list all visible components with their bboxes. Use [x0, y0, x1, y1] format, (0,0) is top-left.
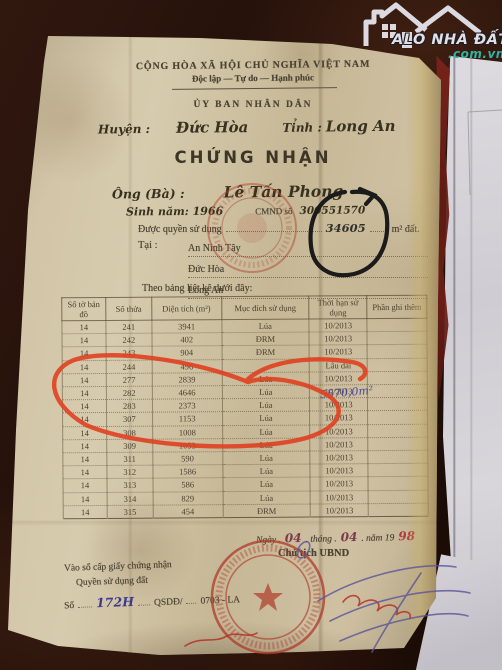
- table-cell: Lúa: [222, 425, 310, 439]
- table-header-row: Số tờ bản đồ Số thửa Diện tích (m²) Mục …: [62, 295, 427, 321]
- table-cell: 829: [153, 491, 223, 505]
- table-cell: 2839: [152, 372, 222, 386]
- table-cell: 14: [63, 413, 107, 427]
- table-cell: 10/2013: [310, 451, 368, 465]
- table-cell: 14: [63, 492, 107, 506]
- owner-name: Lê Tấn Phong: [223, 181, 343, 201]
- table-cell: 14: [63, 479, 107, 493]
- table-cell: 282: [106, 386, 152, 400]
- table-cell: Lúa: [223, 491, 311, 505]
- table-cell: 586: [153, 478, 223, 492]
- table-cell: 315: [107, 505, 153, 519]
- table-cell: [367, 384, 427, 398]
- table-cell: [368, 437, 428, 451]
- table-cell: [368, 503, 428, 517]
- at-label: Tại :: [138, 240, 158, 251]
- table-cell: Lúa: [222, 464, 310, 478]
- table-cell: 243: [106, 347, 152, 361]
- table-cell: Lúa: [223, 477, 311, 491]
- table-cell: 10/2013: [310, 411, 368, 425]
- register-qsdd: QSDĐ/: [154, 597, 183, 608]
- dotted-line: [370, 222, 388, 232]
- table-cell: 496: [152, 359, 222, 373]
- table-cell: [368, 397, 428, 411]
- land-parcel-table: Số tờ bản đồ Số thửa Diện tích (m²) Mục …: [61, 295, 429, 520]
- table-cell: ĐRM: [222, 345, 310, 359]
- table-cell: 308: [107, 426, 153, 440]
- table-cell: 454: [153, 505, 223, 519]
- table-cell: 14: [62, 386, 106, 400]
- table-cell: Lúa: [221, 319, 309, 333]
- issuer-line: ỦY BAN NHÂN DÂN: [88, 100, 418, 110]
- table-cell: [368, 450, 428, 464]
- table-cell: [222, 359, 310, 373]
- register-number: 172H: [96, 594, 134, 610]
- table-cell: 14: [63, 426, 107, 440]
- alo-nha-dat-logo: ALO NHÀ ĐẤT .com.vn: [360, 0, 502, 66]
- table-cell: 1053: [152, 438, 222, 452]
- table-cell: 10/2013: [310, 490, 368, 504]
- table-cell: 14: [63, 505, 107, 519]
- table-cell: [368, 463, 428, 477]
- table-cell: 10/2013: [310, 464, 368, 478]
- birth-year: Sinh năm: 1966: [126, 205, 223, 219]
- table-cell: ĐRM: [222, 332, 310, 346]
- id-number: 300551570: [299, 204, 365, 217]
- table-cell: 10/2013: [309, 332, 367, 346]
- dotted-line: [138, 595, 150, 605]
- table-cell: 3941: [152, 320, 222, 334]
- table-cell: 14: [62, 373, 106, 387]
- area-value: 34605: [326, 221, 366, 235]
- table-cell: 10/2013: [310, 437, 368, 451]
- table-cell: 1153: [152, 412, 222, 426]
- location-district: Đức Hòa: [188, 264, 224, 275]
- dotted-line: [226, 222, 322, 232]
- location-commune: An Ninh Tây: [188, 243, 241, 254]
- col-plot-number: Số thửa: [106, 297, 152, 320]
- chairman-title: Chủ tịch UBND: [278, 548, 349, 559]
- table-cell: 590: [153, 452, 223, 466]
- table-cell: Lúa: [222, 438, 310, 452]
- table-cell: 311: [107, 452, 153, 466]
- dotted-line: [78, 597, 92, 607]
- table-cell: [367, 345, 427, 359]
- table-cell: [367, 318, 427, 332]
- table-cell: 283: [106, 399, 152, 413]
- table-cell: Lúa: [222, 398, 310, 412]
- province-label: Tỉnh :: [282, 120, 322, 134]
- table-cell: 10/2013: [309, 345, 367, 359]
- district-value: Đức Hòa: [176, 118, 248, 137]
- date-month-word: . tháng .: [305, 534, 336, 545]
- photo-scene: CỘNG HÒA XÃ HỘI CHỦ NGHĨA VIỆT NAM Độc l…: [0, 0, 502, 670]
- table-cell: 14: [63, 466, 107, 480]
- id-label: CMND số: [255, 206, 292, 216]
- col-purpose: Mục đích sử dụng: [221, 296, 309, 320]
- date-day: 04: [285, 531, 302, 545]
- national-motto-line2: Độc lập — Tự do — Hạnh phúc: [88, 71, 418, 84]
- col-notes: Phần ghi thêm: [367, 295, 427, 318]
- col-area: Diện tích (m²): [151, 297, 221, 320]
- table-row: 14315454ĐRM10/2013: [63, 503, 428, 519]
- table-cell: 313: [107, 479, 153, 493]
- table-cell: 2373: [152, 399, 222, 413]
- table-cell: [367, 358, 427, 372]
- land-table-body: 142413941Lúa10/201314242402ĐRM10/2013142…: [62, 318, 428, 519]
- dotted-line: [186, 594, 196, 604]
- table-cell: 14: [62, 400, 106, 414]
- table-cell: 4646: [152, 386, 222, 400]
- table-cell: 277: [106, 373, 152, 387]
- table-cell: 1008: [152, 425, 222, 439]
- table-cell: 10/2013: [310, 503, 368, 517]
- register-suffix: 0703 - LA: [200, 595, 240, 606]
- date-month: 04: [341, 530, 358, 544]
- table-cell: 10/2013: [310, 477, 368, 491]
- grant-label: Được quyền sử dụng: [138, 224, 222, 235]
- table-cell: [368, 490, 428, 504]
- certificate-title: CHỨNG NHẬN: [88, 148, 418, 167]
- table-cell: 14: [62, 347, 106, 361]
- col-term: Thời hạn sử dụng: [309, 296, 367, 319]
- table-cell: [368, 411, 428, 425]
- table-cell: 10/2013: [310, 424, 368, 438]
- table-cell: 242: [106, 333, 152, 347]
- owner-label: Ông (Bà) :: [112, 186, 185, 202]
- logo-domain: .com.vn: [448, 47, 502, 61]
- table-cell: 1586: [153, 465, 223, 479]
- register-so-label: Số: [64, 601, 74, 611]
- logo-text: ALO NHÀ ĐẤT: [392, 32, 502, 48]
- table-cell: Lúa: [222, 372, 310, 386]
- date-year-word: . năm 19: [361, 533, 394, 544]
- motto-underline: [172, 87, 337, 90]
- table-cell: ĐRM: [223, 504, 311, 518]
- table-cell: Lúa: [222, 451, 310, 465]
- table-cell: 904: [152, 346, 222, 360]
- table-cell: Lúa: [222, 385, 310, 399]
- table-cell: 309: [107, 439, 153, 453]
- date-prefix: Ngày .: [256, 535, 281, 545]
- table-cell: 14: [62, 360, 106, 374]
- date-year: 98: [398, 529, 415, 543]
- table-cell: 241: [106, 320, 152, 334]
- district-label: Huyện :: [98, 122, 150, 136]
- table-cell: [367, 371, 427, 385]
- register-line2: Quyền sử dụng đất: [76, 576, 148, 589]
- table-cell: 244: [106, 360, 152, 374]
- table-cell: Lâu dài: [309, 358, 367, 372]
- table-intro: Theo bảng liệt kê dưới đây:: [142, 283, 252, 294]
- col-map-sheet: Số tờ bản đồ: [62, 297, 106, 320]
- table-cell: [367, 331, 427, 345]
- table-cell: 10/2013: [310, 371, 368, 385]
- table-cell: 10/2013: [309, 319, 367, 333]
- table-cell: Lúa: [222, 411, 310, 425]
- table-cell: 10/2013: [310, 398, 368, 412]
- table-cell: 14: [63, 452, 107, 466]
- table-cell: 307: [106, 413, 152, 427]
- table-cell: 14: [62, 320, 106, 334]
- table-cell: 312: [107, 465, 153, 479]
- table-cell: [368, 477, 428, 491]
- table-cell: [368, 424, 428, 438]
- table-cell: 314: [107, 492, 153, 506]
- register-line1: Vào sổ cấp giấy chứng nhận: [64, 560, 172, 574]
- table-cell: 14: [62, 334, 106, 348]
- province-value: Long An: [326, 117, 396, 136]
- table-cell: 402: [152, 333, 222, 347]
- area-unit: m² đất.: [392, 224, 420, 235]
- certificate-sheet: CỘNG HÒA XÃ HỘI CHỦ NGHĨA VIỆT NAM Độc l…: [0, 0, 502, 670]
- table-cell: 14: [63, 439, 107, 453]
